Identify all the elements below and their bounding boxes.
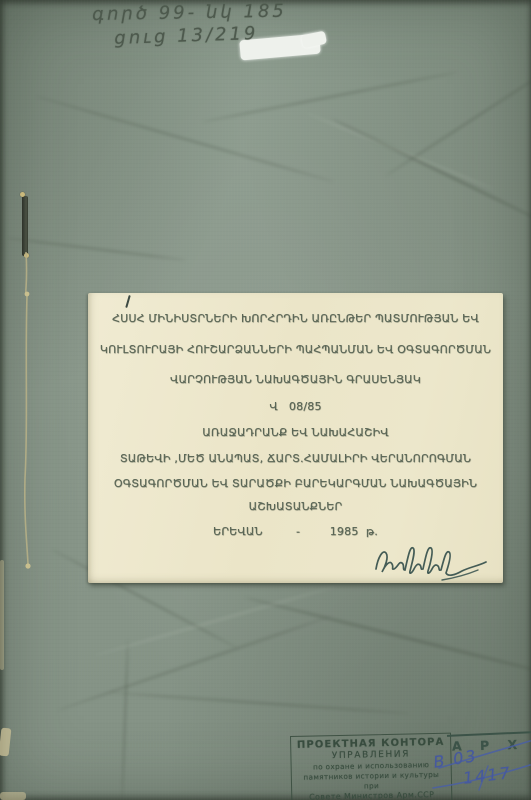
worn-edge-spot xyxy=(0,728,11,757)
crease-line xyxy=(245,596,531,679)
crease-line xyxy=(202,71,458,123)
pencil-annotation-second: ցուց 13/219 xyxy=(114,23,259,49)
worn-edge-sliver xyxy=(0,560,4,670)
crease-line xyxy=(121,640,129,800)
worn-edge-spot xyxy=(0,792,26,800)
label-line-org-3: ՎԱՐՉՈՒԹՅԱՆ ՆԱԽԱԳԾԱՅԻՆ ԳՐԱՍԵՆՅԱԿ xyxy=(88,373,503,387)
folder-cover: գործ 99- նկ 185 ցուց 13/219 ՀՍՍՀ ՄԻՆԻՍՏՐ… xyxy=(0,0,531,800)
crease-line xyxy=(331,118,531,226)
label-line-org-2: ԿՈՒԼՏՈՒՐԱՅԻ ՀՈՒՇԱՐՁԱՆՆԵՐԻ ՊԱՀՊԱՆՄԱՆ ԵՎ Օ… xyxy=(88,343,503,357)
binding-staple xyxy=(22,196,28,256)
label-line-org-1: ՀՍՍՀ ՄԻՆԻՍՏՐՆԵՐԻ ԽՈՐՀՐԴԻՆ ԱՌԸՆԹԵՐ ՊԱՏՄՈՒ… xyxy=(88,312,503,326)
crease-line xyxy=(110,692,409,715)
crease-line xyxy=(386,66,531,177)
crease-highlight xyxy=(95,586,336,657)
binding-thread xyxy=(16,248,38,578)
label-line-subject-1: ՏԱԹԵՎԻ ,ՄԵԾ ԱՆԱՊԱՏ, ՃԱՐՏ.ՀԱՄԱԼԻՐԻ ՎԵՐԱՆՈ… xyxy=(88,452,503,466)
crease-line xyxy=(58,615,333,711)
label-line-doc-type: ԱՌԱՋԱԴՐԱՆՔ ԵՎ ՆԱԽԱՀԱՇԻՎ xyxy=(88,426,503,440)
label-line-subject-2: ՕԳՏԱԳՈՐԾՄԱՆ ԵՎ ՏԱՐԱԾՔԻ ԲԱՐԵԿԱՐԳՄԱՆ ՆԱԽԱԳ… xyxy=(88,477,503,491)
label-line-number: Վ 08/85 xyxy=(88,400,503,414)
pencil-annotation-top: գործ 99- նկ 185 xyxy=(92,1,287,25)
crease-highlight xyxy=(307,113,493,190)
signature xyxy=(372,537,498,585)
label-line-subject-3: ԱՇԽԱՏԱՆՔՆԵՐ xyxy=(88,500,503,514)
crease-line xyxy=(36,95,335,182)
correction-fluid-patch xyxy=(301,31,327,49)
staple-tip xyxy=(20,192,25,197)
